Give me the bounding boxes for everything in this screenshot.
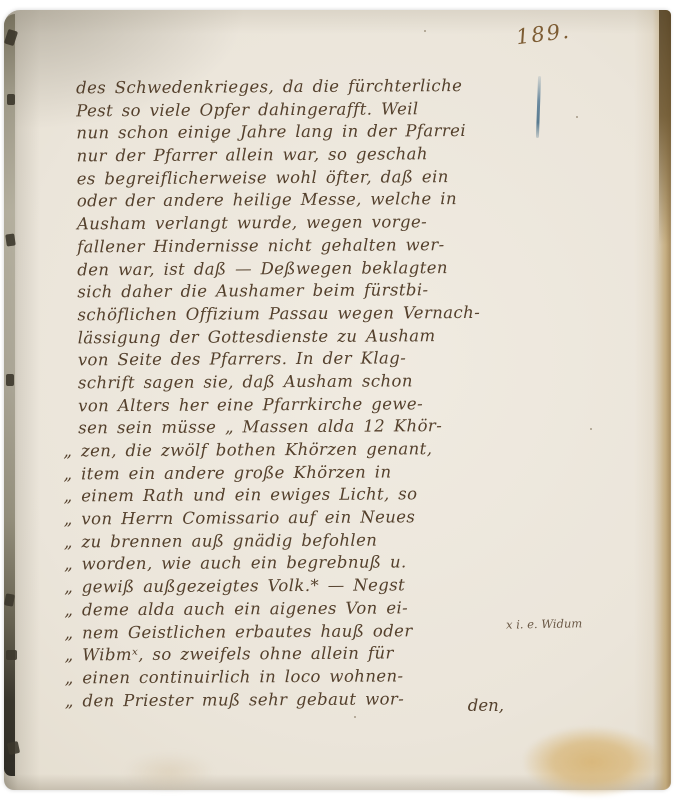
manuscript-line: „ worden, wie auch ein begrebnuß u. [79, 551, 539, 576]
manuscript-line: „ einen continuirlich in loco wohnen- [80, 664, 540, 689]
binding-stitch [7, 94, 15, 105]
binding-stitch [4, 593, 15, 606]
manuscript-line: schrift sagen sie, daß Ausham schon [78, 369, 538, 394]
manuscript-line: „ Wibmˣ, so zweifels ohne allein für [80, 642, 540, 667]
page-number: 189. [515, 19, 572, 49]
manuscript-line: „ einem Rath und ein ewiges Licht, so [79, 483, 539, 508]
manuscript-line: „ von Herrn Comissario auf ein Neues [79, 506, 539, 531]
binding-stitch [6, 650, 17, 660]
manuscript-line: des Schwedenkrieges, da die fürchterlich… [76, 75, 536, 100]
stain [522, 726, 662, 798]
manuscript-line: Pest so viele Opfer dahingerafft. Weil [76, 97, 536, 122]
manuscript-line: fallener Hindernisse nicht gehalten wer- [77, 233, 537, 258]
manuscript-line: den war, ist daß — Deßwegen beklagten [77, 256, 537, 281]
manuscript-line: „ deme alda auch ein aigenes Von ei- [79, 596, 539, 621]
margin-note: x i. e. Widum [506, 616, 582, 631]
manuscript-page: 189. des Schwedenkrieges, da die fürchte… [4, 10, 670, 790]
manuscript-line: „ nem Geistlichen erbautes hauß oder [79, 619, 539, 644]
manuscript-line: „ item ein andere große Khörzen in [78, 460, 538, 485]
manuscript-line: sen sein müsse „ Massen alda 12 Khör- [78, 415, 538, 440]
manuscript-line: „ zen, die zwölf bothen Khörzen genant, [78, 438, 538, 463]
manuscript-line: sich daher die Aushamer beim fürstbi- [77, 279, 537, 304]
manuscript-line: „ zu brennen auß gnädig befohlen [79, 528, 539, 553]
ink-speck [424, 30, 426, 32]
manuscript-line: nun schon einige Jahre lang in der Pfarr… [76, 120, 536, 145]
manuscript-line: „ gewiß außgezeigtes Volk.* — Negst [79, 574, 539, 599]
manuscript-line: lässigung der Gottesdienste zu Ausham [78, 324, 538, 349]
binding-edge [4, 14, 15, 776]
faint-stain [124, 752, 214, 792]
binding-stitch [6, 374, 14, 386]
page-fore-edge-dark [659, 10, 671, 245]
manuscript-line: schöflichen Offizium Passau wegen Vernac… [77, 301, 537, 326]
ink-speck [354, 716, 356, 718]
manuscript-line: es begreiflicherweise wohl öfter, daß ei… [77, 165, 537, 190]
ink-speck [590, 428, 592, 430]
manuscript-line: von Seite des Pfarrers. In der Klag- [78, 347, 538, 372]
catchword: den, [420, 696, 504, 715]
blue-ink-mark [536, 76, 541, 138]
binding-stitch [4, 29, 18, 46]
ink-speck [576, 116, 578, 118]
scanned-manuscript: 189. des Schwedenkrieges, da die fürchte… [0, 0, 681, 800]
binding-stitch [5, 233, 16, 246]
ink-speck [212, 140, 215, 143]
manuscript-line: oder der andere heilige Messe, welche in [77, 188, 537, 213]
manuscript-text: des Schwedenkrieges, da die fürchterlich… [60, 75, 540, 713]
binding-stitch [7, 741, 20, 755]
manuscript-line: nur der Pfarrer allein war, so geschah [76, 143, 536, 168]
manuscript-line: von Alters her eine Pfarrkirche gewe- [78, 392, 538, 417]
manuscript-line: Ausham verlangt wurde, wegen vorge- [77, 211, 537, 236]
